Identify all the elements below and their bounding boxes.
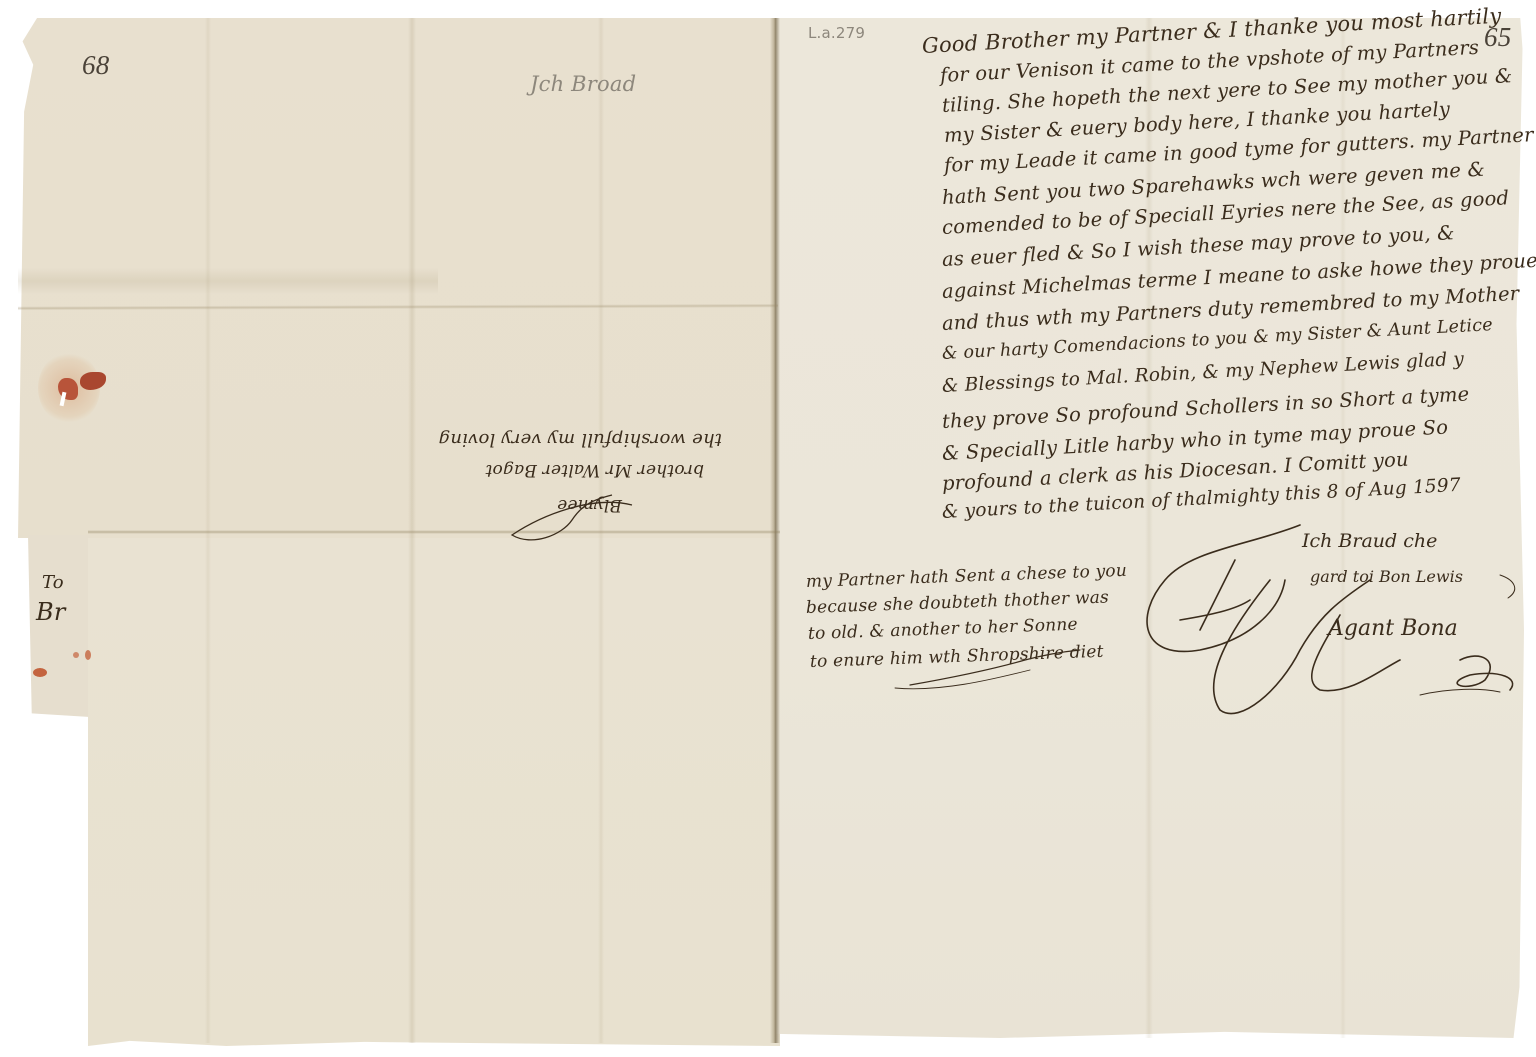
address-line: the worshipfull my very loving <box>438 429 722 450</box>
address-line: brother Mr Walter Bagot <box>485 460 704 480</box>
pencil-docket: Jch Broad <box>530 72 636 96</box>
address-flourish-icon <box>492 485 652 545</box>
wax-stain <box>73 652 79 658</box>
left-edge-strip <box>28 535 90 717</box>
folio-number-left: 68 <box>82 50 109 81</box>
outer-address-fragment: To <box>42 572 64 593</box>
outer-address-fragment: Br <box>36 598 66 626</box>
left-panel-lower <box>88 538 780 1046</box>
signature-flourish-icon <box>780 520 1536 740</box>
address-panel: the worshipfull my very loving brother M… <box>432 410 732 535</box>
manuscript-sheet: 68 65 L.a.279 Jch Broad Good Brother my … <box>0 0 1536 1057</box>
wax-stain <box>85 650 91 660</box>
shelfmark: L.a.279 <box>808 24 865 42</box>
wax-stain <box>33 668 47 677</box>
